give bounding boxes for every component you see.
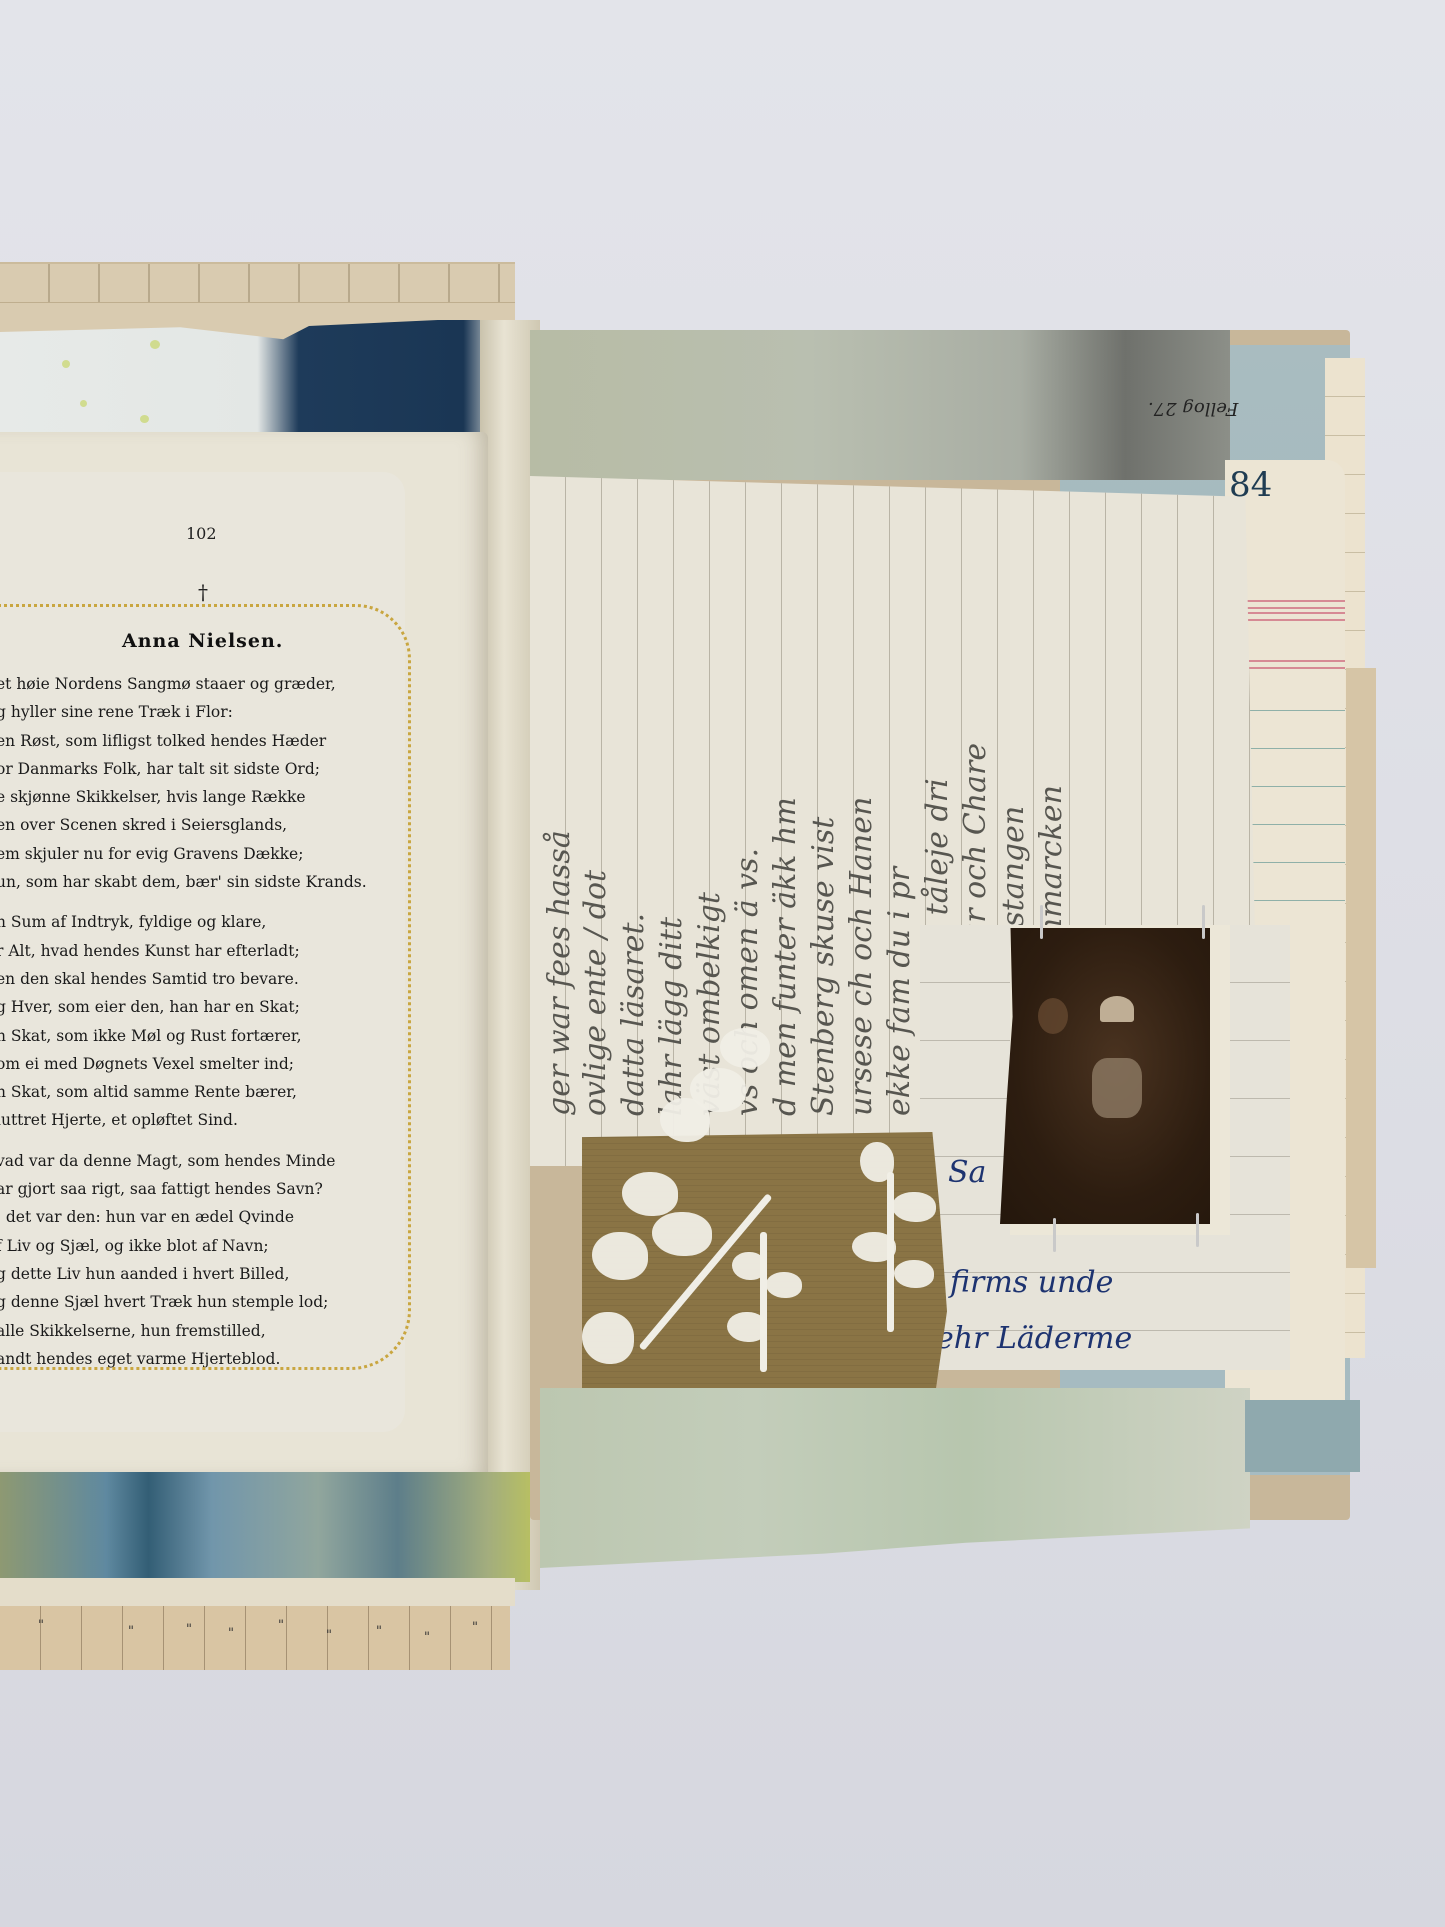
staple xyxy=(1196,1213,1199,1247)
blue-ink-text: ehr Läderme xyxy=(936,1321,1132,1356)
gold-chain-frame xyxy=(0,604,411,1370)
letter-line: Stenberg skuse vist xyxy=(806,817,841,1116)
corrugated-cardboard-leaf-print xyxy=(582,1132,947,1388)
blue-green-watercolor-strip xyxy=(0,1472,530,1582)
torn-cream-paper-strip xyxy=(0,1578,515,1606)
vintage-sepia-photograph xyxy=(1000,928,1210,1224)
white-leaf-stamp-upper xyxy=(660,1028,810,1148)
staple xyxy=(1202,905,1205,939)
upside-down-handwritten-note: Fellog 27. xyxy=(1148,398,1238,419)
film-strip-scrap xyxy=(1245,1400,1360,1472)
blue-ink-text: Sa xyxy=(948,1155,986,1190)
blue-ink-text: firms unde xyxy=(950,1265,1113,1300)
staple xyxy=(1053,1218,1056,1252)
ledger-paper-bottom: " " " " " " " " " xyxy=(0,1606,510,1670)
letter-line: ger war fees hasså xyxy=(542,830,577,1116)
sage-green-watercolor-paper xyxy=(540,1388,1250,1568)
staple xyxy=(1040,905,1043,939)
letter-line: ovlige ente / dot xyxy=(578,870,613,1116)
tan-paper-strip xyxy=(1346,668,1376,1268)
letter-line: ekke fam du i pr xyxy=(882,867,917,1116)
cross-icon: † xyxy=(198,580,208,604)
gray-green-wash-paper xyxy=(530,330,1230,480)
letter-line: datta läsaret. xyxy=(616,913,651,1116)
book-page-left: 102 † Anna Nielsen. et høie Nordens Sang… xyxy=(0,432,488,1472)
page-number: 102 xyxy=(186,524,217,543)
letter-line: ursese ch och Hanen xyxy=(844,797,879,1116)
indigo-watercolor-paper xyxy=(0,320,515,440)
